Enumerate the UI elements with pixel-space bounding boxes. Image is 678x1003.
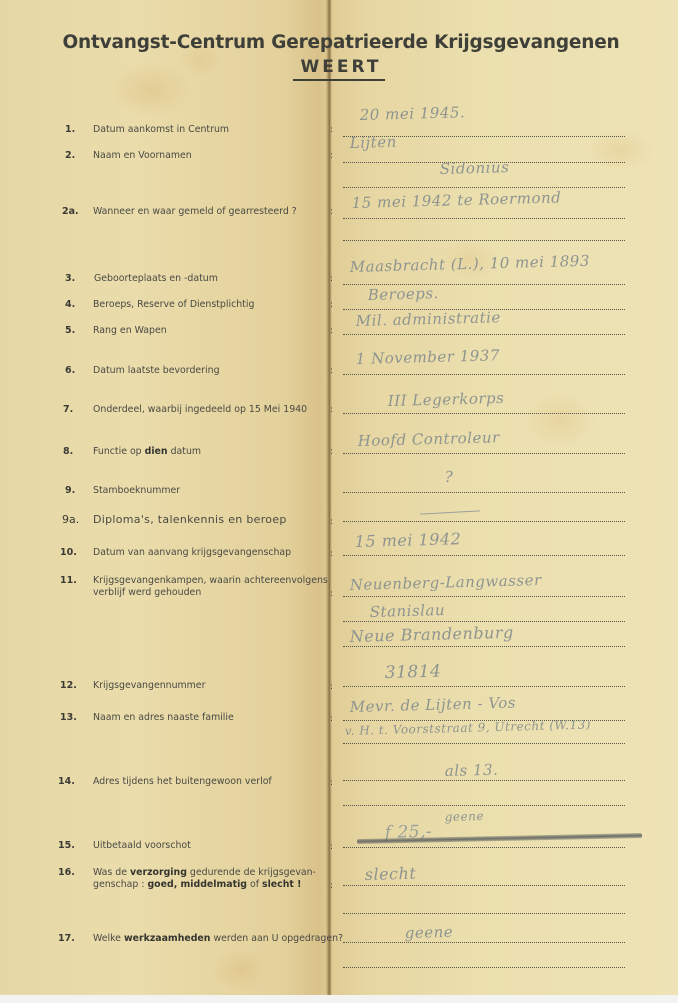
field-number: 8. bbox=[63, 446, 73, 458]
answer-line bbox=[343, 805, 625, 806]
answer-advance[interactable]: geene bbox=[445, 807, 485, 826]
form-title: Ontvangst-Centrum Gerepatrieerde Krijgsg… bbox=[4, 32, 678, 53]
field-colon: : bbox=[330, 365, 333, 377]
answer-leave-address[interactable]: als 13. bbox=[445, 761, 499, 780]
answer-service-type[interactable]: Beroeps. bbox=[368, 284, 439, 304]
answer-line bbox=[343, 453, 625, 454]
answer-line bbox=[343, 334, 625, 335]
field-label-advance: Uitbetaald voorschot bbox=[93, 840, 191, 852]
field-label-rank: Rang en Wapen bbox=[93, 325, 167, 337]
answer-line bbox=[343, 555, 625, 556]
field-label-work: Welke werkzaamheden werden aan U opgedra… bbox=[93, 933, 343, 945]
answer-work[interactable]: geene bbox=[405, 923, 454, 942]
field-colon: : bbox=[330, 841, 333, 853]
field-number: 6. bbox=[65, 365, 75, 377]
answer-line bbox=[343, 492, 625, 493]
field-number: 7. bbox=[63, 404, 73, 416]
field-colon: : bbox=[330, 404, 333, 416]
answer-line bbox=[343, 913, 625, 914]
field-label-next-of-kin: Naam en adres naaste familie bbox=[93, 712, 234, 724]
answer-rank[interactable]: Mil. administratie bbox=[356, 308, 501, 330]
answer-first-names[interactable]: Sidonius bbox=[440, 158, 510, 178]
field-label-camps: Krijgsgevangenkampen, waarin achtereenvo… bbox=[93, 575, 328, 587]
answer-function[interactable]: Hoofd Controleur bbox=[358, 428, 500, 450]
field-label-camps-cont: verblijf werd gehouden bbox=[93, 587, 201, 599]
field-colon: : bbox=[330, 150, 333, 162]
field-number: 2. bbox=[65, 150, 75, 162]
answer-line bbox=[343, 621, 625, 622]
answer-surname[interactable]: Lijten bbox=[350, 133, 397, 152]
field-label-promotion: Datum laatste bevordering bbox=[93, 365, 220, 377]
field-colon: : bbox=[330, 206, 333, 218]
answer-line bbox=[343, 780, 625, 781]
answer-line bbox=[343, 847, 625, 848]
answer-care[interactable]: slecht bbox=[365, 865, 417, 884]
field-label-care: Was de verzorging gedurende de krijgsgev… bbox=[93, 867, 316, 879]
field-number: 16. bbox=[58, 867, 75, 879]
answer-line bbox=[343, 743, 625, 744]
answer-pow-number[interactable]: 31814 bbox=[385, 663, 442, 682]
field-number: 1. bbox=[65, 124, 75, 136]
answer-line bbox=[343, 374, 625, 375]
field-label-arrival-date: Datum aankomst in Centrum bbox=[93, 124, 229, 136]
answer-line bbox=[343, 646, 625, 647]
field-number: 11. bbox=[60, 575, 77, 587]
field-colon: : bbox=[330, 777, 333, 789]
answer-arrival-date[interactable]: 20 mei 1945. bbox=[360, 103, 466, 124]
field-number: 17. bbox=[58, 933, 75, 945]
scan-margin bbox=[0, 995, 678, 1003]
answer-line bbox=[343, 187, 625, 188]
field-number: 9. bbox=[65, 485, 75, 497]
field-label-registry-number: Stamboeknummer bbox=[93, 485, 180, 497]
field-label-function: Functie op dien datum bbox=[93, 446, 201, 458]
field-label-care-cont: genschap : goed, middelmatig of slecht ! bbox=[93, 879, 301, 891]
field-colon: : bbox=[330, 588, 333, 600]
field-label-name: Naam en Voornamen bbox=[93, 150, 192, 162]
field-number: 12. bbox=[60, 680, 77, 692]
answer-line bbox=[343, 413, 625, 414]
answer-line bbox=[343, 942, 625, 943]
field-number: 10. bbox=[60, 547, 77, 559]
field-colon: : bbox=[330, 681, 333, 693]
field-label-unit: Onderdeel, waarbij ingedeeld op 15 Mei 1… bbox=[93, 404, 307, 416]
field-label-service-type: Beroeps, Reserve of Dienstplichtig bbox=[93, 299, 254, 311]
answer-line bbox=[343, 967, 625, 968]
answer-line bbox=[343, 596, 625, 597]
field-colon: : bbox=[330, 325, 333, 337]
answer-camp-2[interactable]: Stanislau bbox=[370, 601, 446, 621]
field-colon: : bbox=[330, 880, 333, 892]
field-label-leave-address: Adres tijdens het buitengewoon verlof bbox=[93, 776, 272, 788]
field-number: 14. bbox=[58, 776, 75, 788]
field-colon: : bbox=[330, 299, 333, 311]
field-colon: : bbox=[330, 273, 333, 285]
form-location: WEERT bbox=[293, 57, 386, 81]
field-number: 5. bbox=[65, 325, 75, 337]
field-label-arrest: Wanneer en waar gemeld of gearresteerd ? bbox=[93, 206, 297, 218]
field-colon: : bbox=[330, 124, 333, 136]
answer-registry-number[interactable]: ? bbox=[445, 468, 454, 486]
field-number: 15. bbox=[58, 840, 75, 852]
field-number: 2a. bbox=[62, 206, 79, 218]
form-header: Ontvangst-Centrum Gerepatrieerde Krijgsg… bbox=[0, 32, 678, 81]
answer-line bbox=[343, 218, 625, 219]
field-colon: : bbox=[330, 516, 333, 528]
answer-promotion[interactable]: 1 November 1937 bbox=[356, 346, 501, 368]
field-number: 3. bbox=[65, 273, 75, 285]
answer-line bbox=[343, 521, 625, 522]
answer-line bbox=[343, 240, 625, 241]
field-number: 4. bbox=[65, 299, 75, 311]
field-number: 13. bbox=[60, 712, 77, 724]
field-number: 9a. bbox=[62, 514, 79, 526]
answer-line bbox=[343, 885, 625, 886]
field-label-diplomas: Diploma's, talenkennis en beroep bbox=[93, 514, 287, 526]
field-label-captivity-start: Datum van aanvang krijgsgevangenschap bbox=[93, 547, 291, 559]
field-colon: : bbox=[330, 713, 333, 725]
field-label-birth: Geboorteplaats en -datum bbox=[94, 273, 218, 285]
field-colon: : bbox=[330, 548, 333, 560]
answer-captivity-start[interactable]: 15 mei 1942 bbox=[355, 530, 462, 551]
field-label-pow-number: Krijgsgevangennummer bbox=[93, 680, 205, 692]
answer-line bbox=[343, 686, 625, 687]
answer-unit[interactable]: III Legerkorps bbox=[388, 389, 505, 410]
field-colon: : bbox=[330, 446, 333, 458]
